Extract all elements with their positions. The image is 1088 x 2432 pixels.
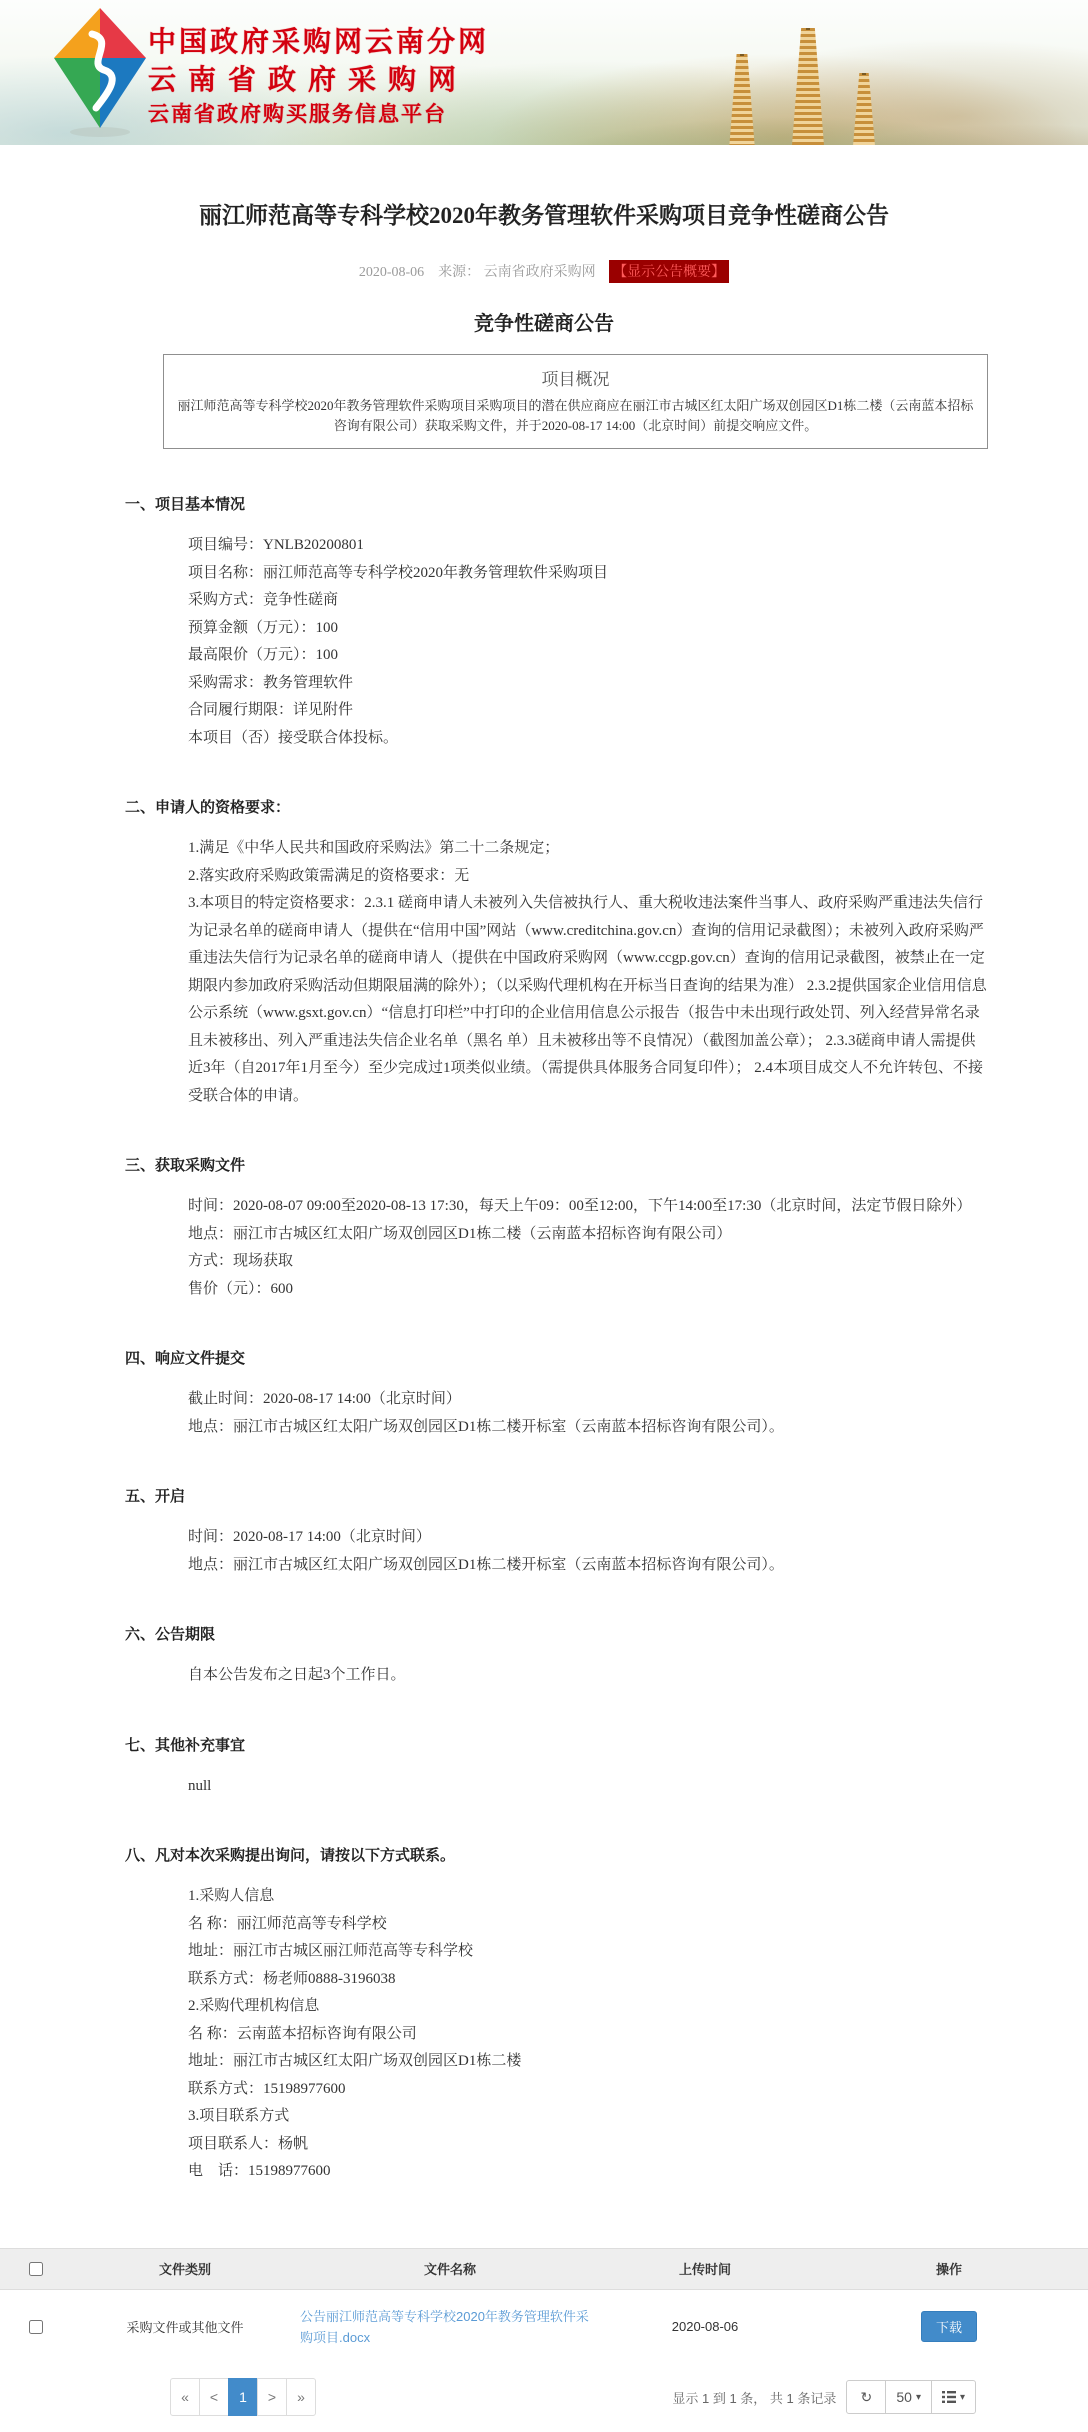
section-heading: 六、公告期限: [125, 1623, 988, 1644]
section-body: 自本公告发布之日起3个工作日。: [188, 1662, 988, 1690]
file-category: 采购文件或其他文件: [70, 2317, 300, 2336]
section-body: 时间：2020-08-07 09:00至2020-08-13 17:30，每天上…: [188, 1193, 988, 1303]
section-line: 联系方式：15198977600: [188, 2076, 988, 2104]
column-header-action: 操作: [810, 2259, 1088, 2278]
section-line: 项目名称：丽江师范高等专科学校2020年教务管理软件采购项目: [188, 560, 988, 588]
section-line: 3.项目联系方式: [188, 2103, 988, 2131]
page: 中国政府采购网云南分网 云南省政府采购网 云南省政府购买服务信息平台 丽江师范高…: [0, 0, 1088, 2416]
table-footer-right: 显示 1 到 1 条， 共 1 条记录 ↻ 50▾ ▾: [672, 2380, 976, 2414]
banner-title-line3: 云南省政府购买服务信息平台: [148, 98, 447, 128]
section-line: 地点：丽江市古城区红太阳广场双创园区D1栋二楼（云南蓝本招标咨询有限公司）: [188, 1221, 988, 1249]
section-heading: 一、项目基本情况: [125, 493, 988, 514]
attachments-header-row: 文件类别 文件名称 上传时间 操作: [0, 2248, 1088, 2290]
project-overview-box: 项目概况 丽江师范高等专科学校2020年教务管理软件采购项目采购项目的潜在供应商…: [163, 354, 988, 449]
section-heading: 四、响应文件提交: [125, 1347, 988, 1368]
section-line: 项目编号：YNLB20200801: [188, 532, 988, 560]
section-line: 地址：丽江市古城区红太阳广场双创园区D1栋二楼: [188, 2048, 988, 2076]
column-header-name: 文件名称: [300, 2259, 600, 2278]
section-announcement-period: 六、公告期限 自本公告发布之日起3个工作日。: [100, 1623, 988, 1690]
select-all-checkbox[interactable]: [29, 2262, 43, 2276]
pagination-page-1[interactable]: 1: [228, 2378, 258, 2416]
announcement-article: 丽江师范高等专科学校2020年教务管理软件采购项目竞争性磋商公告 2020-08…: [0, 197, 1088, 2186]
section-response-submission: 四、响应文件提交 截止时间：2020-08-17 14:00（北京时间）地点：丽…: [100, 1347, 988, 1441]
section-line: 1.满足《中华人民共和国政府采购法》第二十二条规定；: [188, 835, 988, 863]
section-opening: 五、开启 时间：2020-08-17 14:00（北京时间）地点：丽江市古城区红…: [100, 1485, 988, 1579]
section-line: 地址：丽江市古城区丽江师范高等专科学校: [188, 1938, 988, 1966]
row-checkbox[interactable]: [29, 2320, 43, 2334]
section-body: 项目编号：YNLB20200801项目名称：丽江师范高等专科学校2020年教务管…: [188, 532, 988, 752]
section-obtain-documents: 三、获取采购文件 时间：2020-08-07 09:00至2020-08-13 …: [100, 1154, 988, 1303]
pagoda-icon: [727, 54, 757, 145]
site-banner: 中国政府采购网云南分网 云南省政府采购网 云南省政府购买服务信息平台: [0, 0, 1088, 145]
article-meta: 2020-08-06来源： 云南省政府采购网 【显示公告概要】: [100, 260, 988, 283]
section-line: 地点：丽江市古城区红太阳广场双创园区D1栋二楼开标室（云南蓝本招标咨询有限公司）…: [188, 1552, 988, 1580]
section-line: 截止时间：2020-08-17 14:00（北京时间）: [188, 1386, 988, 1414]
section-line: 2.采购代理机构信息: [188, 1993, 988, 2021]
table-footer: « < 1 > » 显示 1 到 1 条， 共 1 条记录 ↻ 50▾ ▾: [0, 2378, 1088, 2416]
pagoda-icon: [851, 73, 877, 145]
pagination: « < 1 > »: [170, 2378, 316, 2416]
source-label: 来源：: [438, 265, 480, 280]
section-line: 名 称：云南蓝本招标咨询有限公司: [188, 2021, 988, 2049]
page-title: 丽江师范高等专科学校2020年教务管理软件采购项目竞争性磋商公告: [100, 197, 988, 230]
refresh-button[interactable]: ↻: [846, 2380, 886, 2414]
source-name: 云南省政府采购网: [484, 265, 596, 280]
pagination-last-button[interactable]: »: [286, 2378, 316, 2416]
column-header-upload-time: 上传时间: [600, 2259, 810, 2278]
banner-title-line1: 中国政府采购网云南分网: [148, 20, 489, 60]
page-size-dropdown[interactable]: 50▾: [885, 2380, 932, 2414]
section-body: 时间：2020-08-17 14:00（北京时间）地点：丽江市古城区红太阳广场双…: [188, 1524, 988, 1579]
table-toolbar: ↻ 50▾ ▾: [846, 2380, 976, 2414]
pagination-prev-button[interactable]: <: [199, 2378, 229, 2416]
site-logo-icon: [52, 6, 148, 138]
section-line: 方式：现场获取: [188, 1248, 988, 1276]
section-line: 合同履行期限：详见附件: [188, 697, 988, 725]
records-info: 显示 1 到 1 条， 共 1 条记录: [672, 2388, 836, 2407]
show-summary-toggle[interactable]: 【显示公告概要】: [609, 260, 729, 283]
section-line: 预算金额（万元）：100: [188, 615, 988, 643]
section-body: 1.采购人信息名 称：丽江师范高等专科学校地址：丽江市古城区丽江师范高等专科学校…: [188, 1883, 988, 2186]
pagination-first-button[interactable]: «: [170, 2378, 200, 2416]
section-body: 1.满足《中华人民共和国政府采购法》第二十二条规定；2.落实政府采购政策需满足的…: [188, 835, 988, 1110]
column-header-category: 文件类别: [70, 2259, 300, 2278]
section-heading: 五、开启: [125, 1485, 988, 1506]
section-line: 采购方式：竞争性磋商: [188, 587, 988, 615]
section-line: 3.本项目的特定资格要求：2.3.1 磋商申请人未被列入失信被执行人、重大税收违…: [188, 890, 988, 1110]
download-button[interactable]: 下载: [921, 2311, 977, 2342]
section-line: 本项目（否）接受联合体投标。: [188, 725, 988, 753]
section-applicant-qualifications: 二、申请人的资格要求： 1.满足《中华人民共和国政府采购法》第二十二条规定；2.…: [100, 796, 988, 1110]
overview-body: 丽江师范高等专科学校2020年教务管理软件采购项目采购项目的潜在供应商应在丽江市…: [176, 396, 975, 436]
chevron-down-icon: ▾: [916, 2392, 921, 2403]
chevron-down-icon: ▾: [960, 2392, 965, 2403]
section-line: 自本公告发布之日起3个工作日。: [188, 1662, 988, 1690]
publish-date: 2020-08-06: [359, 265, 424, 280]
section-line: 联系方式：杨老师0888-3196038: [188, 1966, 988, 1994]
section-line: 2.落实政府采购政策需满足的资格要求：无: [188, 863, 988, 891]
columns-icon: [942, 2391, 956, 2403]
table-row: 采购文件或其他文件 公告丽江师范高等专科学校2020年教务管理软件采购项目.do…: [0, 2290, 1088, 2365]
section-line: null: [188, 1773, 988, 1801]
section-other-matters: 七、其他补充事宜 null: [100, 1734, 988, 1801]
section-contact-info: 八、凡对本次采购提出询问，请按以下方式联系。 1.采购人信息名 称：丽江师范高等…: [100, 1844, 988, 2186]
section-heading: 二、申请人的资格要求：: [125, 796, 988, 817]
section-line: 项目联系人：杨帆: [188, 2131, 988, 2159]
attachments-table: 文件类别 文件名称 上传时间 操作 采购文件或其他文件 公告丽江师范高等专科学校…: [0, 2248, 1088, 2417]
columns-dropdown[interactable]: ▾: [931, 2380, 976, 2414]
section-body: 截止时间：2020-08-17 14:00（北京时间）地点：丽江市古城区红太阳广…: [188, 1386, 988, 1441]
section-body: null: [188, 1773, 988, 1801]
pagination-next-button[interactable]: >: [257, 2378, 287, 2416]
section-basic-info: 一、项目基本情况 项目编号：YNLB20200801项目名称：丽江师范高等专科学…: [100, 493, 988, 752]
section-line: 名 称：丽江师范高等专科学校: [188, 1911, 988, 1939]
section-heading: 七、其他补充事宜: [125, 1734, 988, 1755]
section-line: 时间：2020-08-07 09:00至2020-08-13 17:30，每天上…: [188, 1193, 988, 1221]
section-line: 1.采购人信息: [188, 1883, 988, 1911]
section-line: 最高限价（万元）：100: [188, 642, 988, 670]
overview-title: 项目概况: [176, 365, 975, 390]
announcement-subtitle: 竞争性磋商公告: [100, 307, 988, 336]
page-size-value: 50: [896, 2389, 912, 2405]
pagoda-icon: [789, 28, 827, 145]
file-name-link[interactable]: 公告丽江师范高等专科学校2020年教务管理软件采购项目.docx: [300, 2306, 600, 2349]
section-heading: 八、凡对本次采购提出询问，请按以下方式联系。: [125, 1844, 988, 1865]
refresh-icon: ↻: [860, 2389, 872, 2406]
banner-title-line2: 云南省政府采购网: [148, 58, 468, 98]
section-line: 地点：丽江市古城区红太阳广场双创园区D1栋二楼开标室（云南蓝本招标咨询有限公司）…: [188, 1414, 988, 1442]
section-heading: 三、获取采购文件: [125, 1154, 988, 1175]
section-line: 电 话：15198977600: [188, 2158, 988, 2186]
section-line: 采购需求：教务管理软件: [188, 670, 988, 698]
section-line: 时间：2020-08-17 14:00（北京时间）: [188, 1524, 988, 1552]
section-line: 售价（元）：600: [188, 1276, 988, 1304]
upload-time: 2020-08-06: [600, 2319, 810, 2334]
